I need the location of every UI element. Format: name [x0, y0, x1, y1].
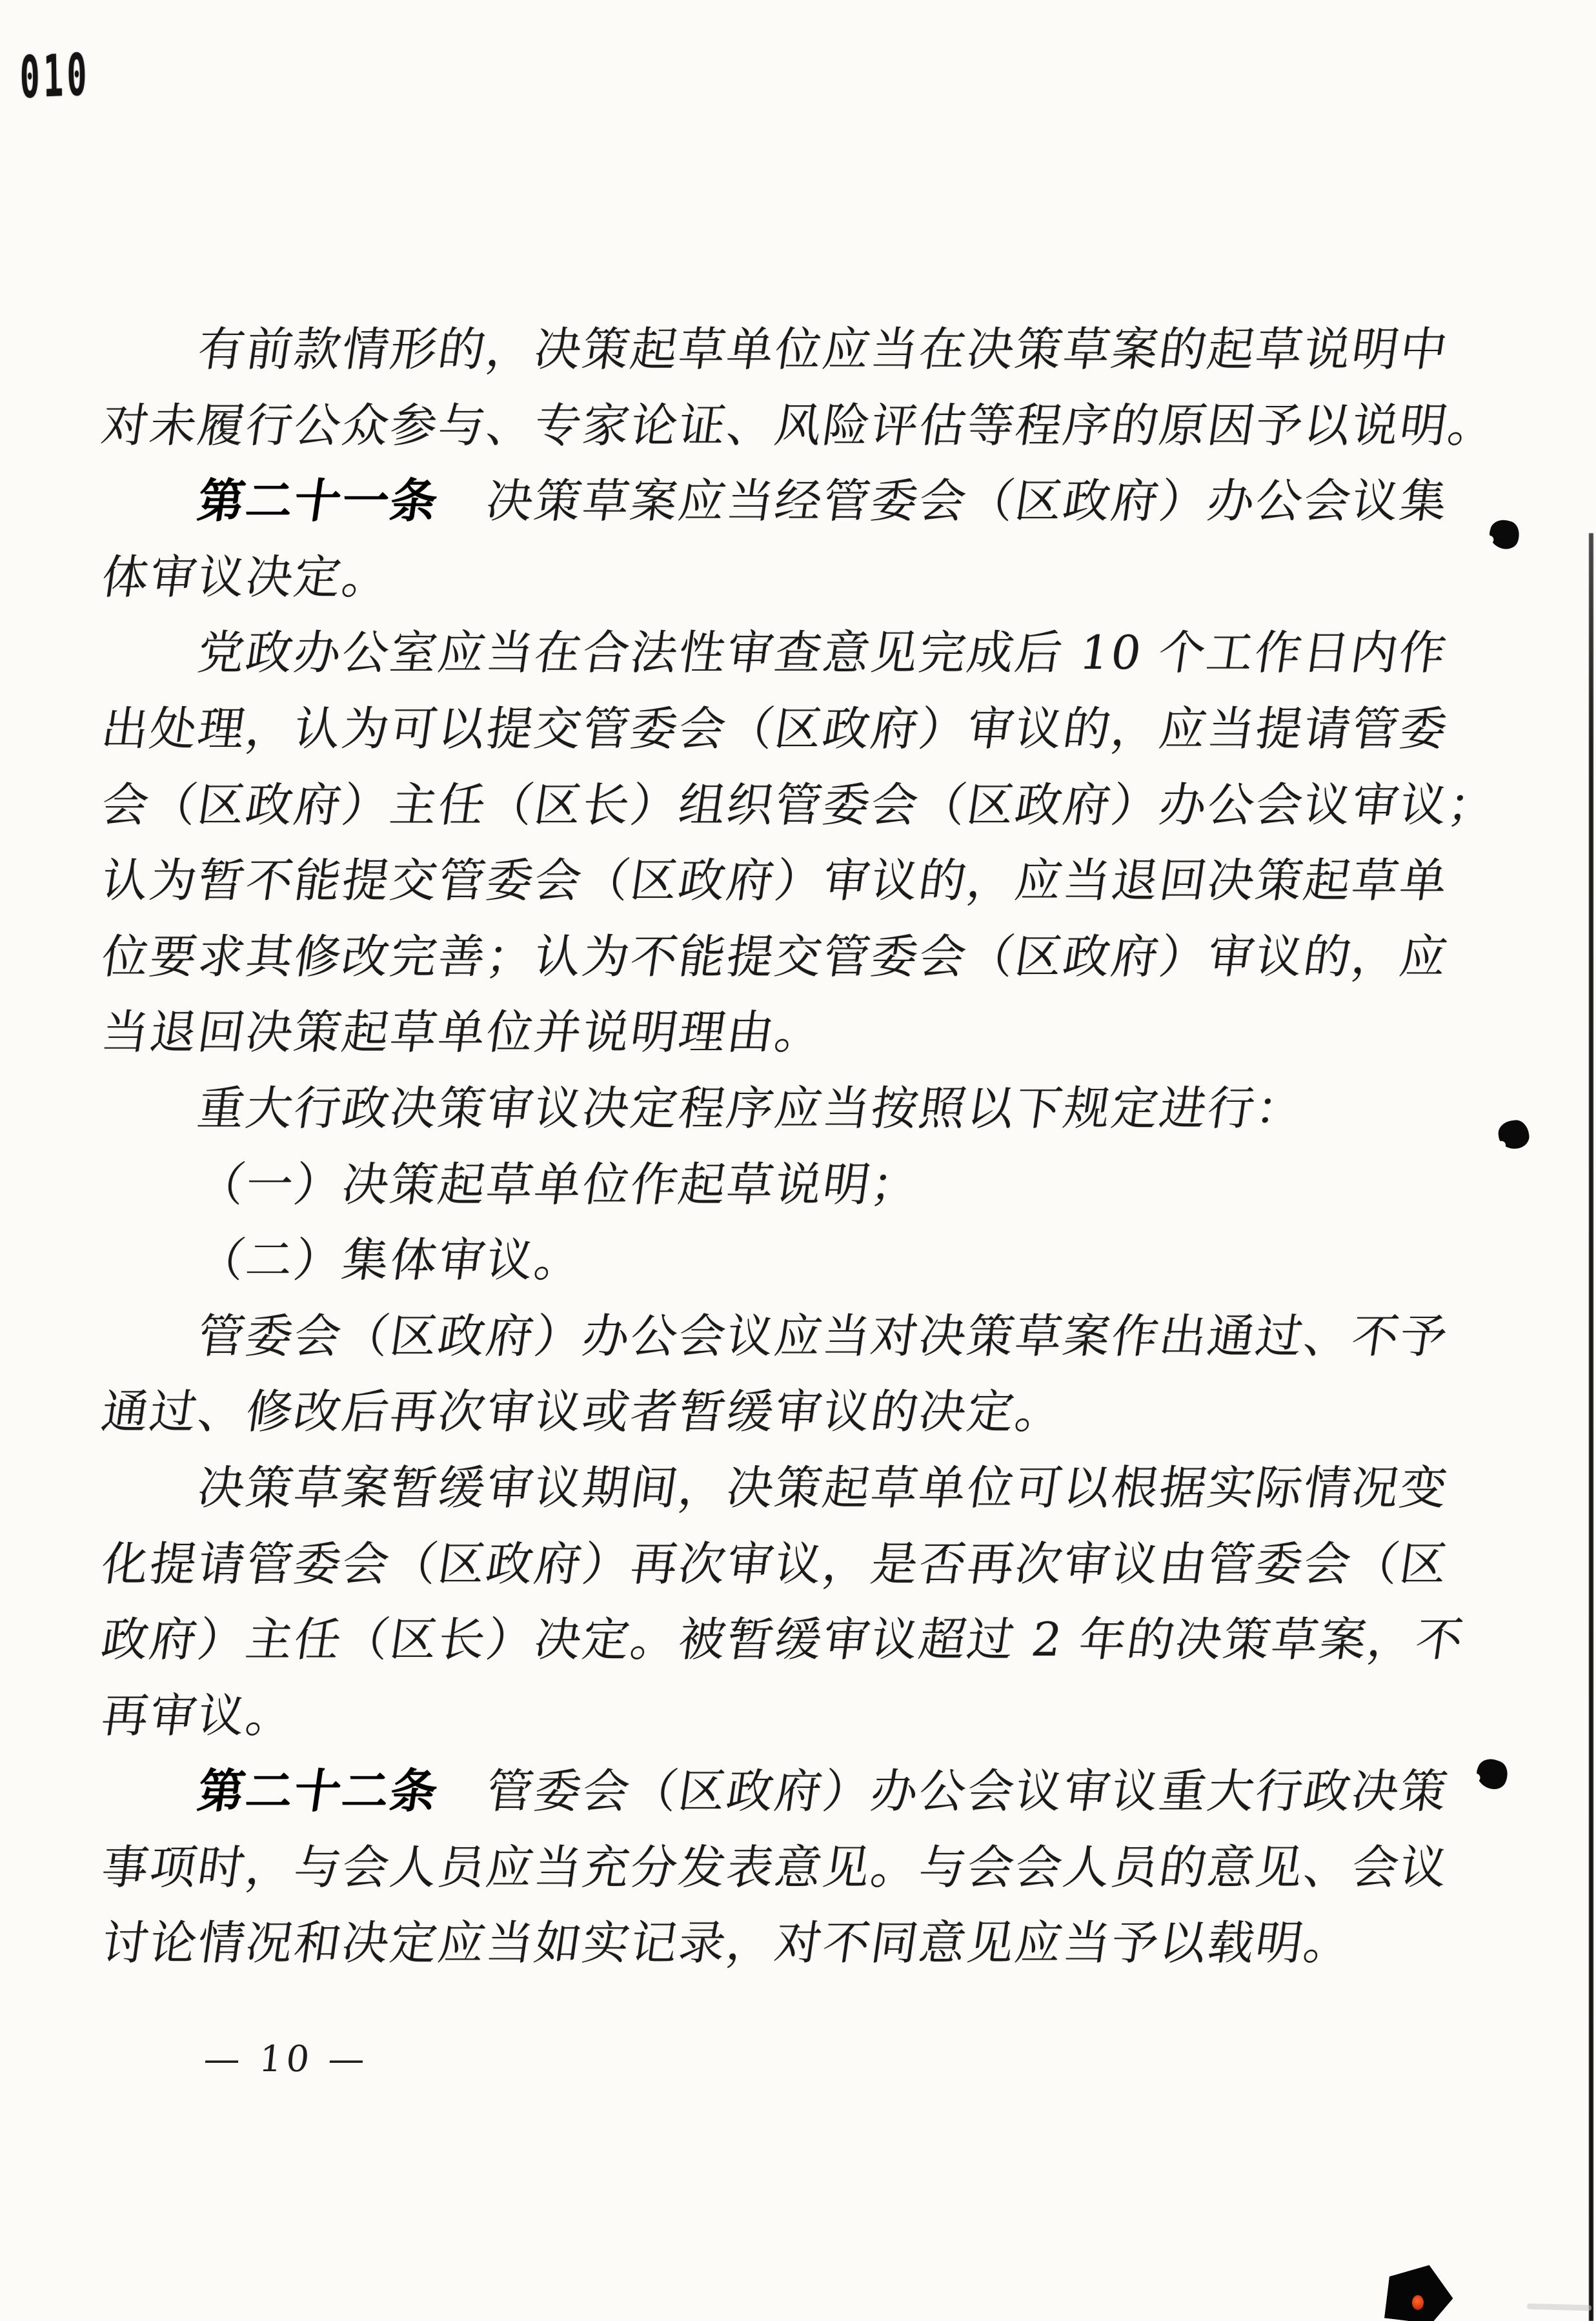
text-segment: 管委会（区政府）办公会议应当对决策草案作出通过、不予 [194, 1309, 1452, 1363]
text-line: 有前款情形的，决策起草单位应当在决策草案的起草说明中 [97, 312, 1521, 388]
text-segment: 管委会（区政府）办公会议审议重大行政决策 [435, 1764, 1452, 1818]
text-line: 体审议决定。 [97, 540, 1521, 616]
text-segment: 讨论情况和决定应当如实记录，对不同意见应当予以载明。 [98, 1916, 1356, 1970]
text-line: （一）决策起草单位作起草说明； [97, 1147, 1521, 1223]
text-segment: 当退回决策起草单位并说明理由。 [98, 1005, 827, 1059]
corner-glare-streak [1527, 2304, 1591, 2311]
page-stamp: 010 [19, 42, 91, 112]
footer-page-number: — 10 — [202, 2038, 371, 2080]
text-line: 当退回决策起草单位并说明理由。 [97, 995, 1521, 1071]
text-segment: （一）决策起草单位作起草说明； [194, 1157, 923, 1211]
text-segment: 认为暂不能提交管委会（区政府）审议的，应当退回决策起草单 [98, 853, 1452, 907]
text-segment: 决策草案暂缓审议期间，决策起草单位可以根据实际情况变 [194, 1461, 1452, 1515]
text-line: 第二十一条 决策草案应当经管委会（区政府）办公会议集 [97, 463, 1521, 540]
text-line: 管委会（区政府）办公会议应当对决策草案作出通过、不予 [97, 1299, 1521, 1375]
text-line: 重大行政决策审议决定程序应当按照以下规定进行： [97, 1071, 1521, 1147]
text-segment: 体审议决定。 [98, 550, 394, 604]
text-line: 第二十二条 管委会（区政府）办公会议审议重大行政决策 [97, 1754, 1521, 1830]
text-line: 事项时，与会人员应当充分发表意见。与会会人员的意见、会议 [97, 1830, 1521, 1906]
scan-edge-line [1589, 533, 1593, 2321]
text-segment: 事项时，与会人员应当充分发表意见。与会会人员的意见、会议 [98, 1840, 1452, 1894]
text-segment: 再审议。 [98, 1688, 298, 1743]
text-segment: 政府）主任（区长）决定。被暂缓审议超过 2 年的决策草案，不 [98, 1612, 1468, 1667]
text-line: 会（区政府）主任（区长）组织管委会（区政府）办公会议审议； [97, 767, 1521, 844]
text-segment: 位要求其修改完善；认为不能提交管委会（区政府）审议的，应 [98, 929, 1452, 984]
text-line: 政府）主任（区长）决定。被暂缓审议超过 2 年的决策草案，不 [97, 1602, 1521, 1678]
text-segment: 会（区政府）主任（区长）组织管委会（区政府）办公会议审议； [98, 778, 1500, 832]
text-line: 党政办公室应当在合法性审查意见完成后 10 个工作日内作 [97, 615, 1521, 691]
text-line: 化提请管委会（区政府）再次审议，是否再次审议由管委会（区 [97, 1526, 1521, 1603]
article-number-heading: 第二十一条 [194, 474, 442, 528]
text-line: 通过、修改后再次审议或者暂缓审议的决定。 [97, 1374, 1521, 1450]
article-number-heading: 第二十二条 [194, 1764, 442, 1818]
corner-red-dot [1412, 2295, 1424, 2310]
text-line: 位要求其修改完善；认为不能提交管委会（区政府）审议的，应 [97, 919, 1521, 995]
scanned-page: { "page": { "stamp": "010", "page_number… [0, 0, 1596, 2321]
corner-mark-artifact [1384, 2260, 1457, 2321]
text-line: 再审议。 [97, 1678, 1521, 1754]
text-segment: 通过、修改后再次审议或者暂缓审议的决定。 [98, 1384, 1067, 1439]
text-segment: 对未履行公众参与、专家论证、风险评估等程序的原因予以说明。 [98, 398, 1500, 452]
text-segment: 有前款情形的，决策起草单位应当在决策草案的起草说明中 [194, 322, 1452, 376]
text-segment: 出处理，认为可以提交管委会（区政府）审议的，应当提请管委 [98, 702, 1452, 756]
text-segment: 决策草案应当经管委会（区政府）办公会议集 [435, 474, 1452, 528]
text-segment: 重大行政决策审议决定程序应当按照以下规定进行： [194, 1081, 1308, 1135]
text-segment: （二）集体审议。 [194, 1233, 587, 1287]
text-line: 决策草案暂缓审议期间，决策起草单位可以根据实际情况变 [97, 1450, 1521, 1526]
text-line: 认为暂不能提交管委会（区政府）审议的，应当退回决策起草单 [97, 843, 1521, 919]
document-text: 有前款情形的，决策起草单位应当在决策草案的起草说明中对未履行公众参与、专家论证、… [102, 312, 1515, 1981]
text-line: （二）集体审议。 [97, 1222, 1521, 1299]
text-line: 出处理，认为可以提交管委会（区政府）审议的，应当提请管委 [97, 691, 1521, 767]
text-segment: 化提请管委会（区政府）再次审议，是否再次审议由管委会（区 [98, 1537, 1452, 1591]
text-line: 讨论情况和决定应当如实记录，对不同意见应当予以载明。 [97, 1905, 1521, 1981]
text-line: 对未履行公众参与、专家论证、风险评估等程序的原因予以说明。 [97, 388, 1521, 464]
text-segment: 党政办公室应当在合法性审查意见完成后 10 个工作日内作 [194, 625, 1451, 680]
